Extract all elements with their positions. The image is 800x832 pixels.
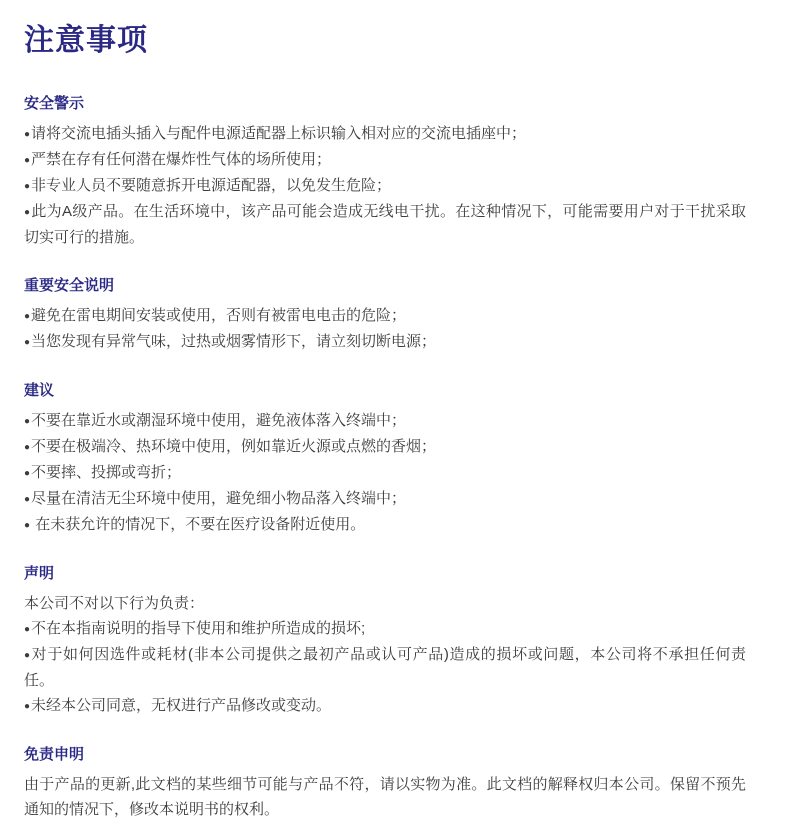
section-items: 由于产品的更新,此文档的某些细节可能与产品不符，请以实物为准。此文档的解释权归本… xyxy=(24,772,746,822)
list-item: ●严禁在存有任何潜在爆炸性气体的场所使用； xyxy=(24,147,746,173)
section: 重要安全说明 ●避免在雷电期间安装或使用，否则有被雷电电击的危险； ●当您发现有… xyxy=(24,276,746,355)
item-text: 避免在雷电期间安装或使用，否则有被雷电电击的危险； xyxy=(31,307,406,324)
list-item: ●不要摔、投掷或弯折； xyxy=(24,460,746,486)
section: 声明 本公司不对以下行为负责： ●不在本指南说明的指导下使用和维护所造成的损坏;… xyxy=(24,564,746,719)
list-item: ●不要在极端冷、热环境中使用，例如靠近火源或点燃的香烟； xyxy=(24,434,746,460)
bullet-icon: ● xyxy=(24,435,30,460)
bullet-icon: ● xyxy=(24,330,30,355)
item-text: 不在本指南说明的指导下使用和维护所造成的损坏; xyxy=(31,620,365,637)
section: 免责申明 由于产品的更新,此文档的某些细节可能与产品不符，请以实物为准。此文档的… xyxy=(24,745,746,822)
list-item: ●避免在雷电期间安装或使用，否则有被雷电电击的危险； xyxy=(24,303,746,329)
list-item: ●非专业人员不要随意拆开电源适配器，以免发生危险； xyxy=(24,173,746,199)
item-text: 非专业人员不要随意拆开电源适配器，以免发生危险； xyxy=(31,177,391,194)
bullet-icon: ● xyxy=(24,643,30,668)
list-item: ●此为A级产品。在生活环境中，该产品可能会造成无线电干扰。在这种情况下，可能需要… xyxy=(24,199,746,250)
list-item: ●未经本公司同意，无权进行产品修改或变动。 xyxy=(24,693,746,719)
list-item: ●当您发现有异常气味，过热或烟雾情形下，请立刻切断电源； xyxy=(24,329,746,355)
item-text: 此为A级产品。在生活环境中，该产品可能会造成无线电干扰。在这种情况下，可能需要用… xyxy=(24,203,746,246)
section-items: ●请将交流电插头插入与配件电源适配器上标识输入相对应的交流电插座中； ●严禁在存… xyxy=(24,121,746,250)
section-items: ●避免在雷电期间安装或使用，否则有被雷电电击的危险； ●当您发现有异常气味，过热… xyxy=(24,303,746,355)
bullet-icon: ● xyxy=(24,513,30,538)
item-text: 严禁在存有任何潜在爆炸性气体的场所使用； xyxy=(31,151,331,168)
item-text: 请将交流电插头插入与配件电源适配器上标识输入相对应的交流电插座中； xyxy=(31,125,526,142)
bullet-icon: ● xyxy=(24,200,30,225)
section: 建议 ●不要在靠近水或潮湿环境中使用，避免液体落入终端中； ●不要在极端冷、热环… xyxy=(24,381,746,538)
list-item: 本公司不对以下行为负责： xyxy=(24,591,746,616)
bullet-icon: ● xyxy=(24,617,30,642)
list-item: ● 在未获允许的情况下，不要在医疗设备附近使用。 xyxy=(24,512,746,538)
bullet-icon: ● xyxy=(24,174,30,199)
section-heading: 安全警示 xyxy=(24,94,746,113)
bullet-icon: ● xyxy=(24,461,30,486)
list-item: ●尽量在清洁无尘环境中使用，避免细小物品落入终端中； xyxy=(24,486,746,512)
bullet-icon: ● xyxy=(24,148,30,173)
list-item: 由于产品的更新,此文档的某些细节可能与产品不符，请以实物为准。此文档的解释权归本… xyxy=(24,772,746,822)
section-heading: 声明 xyxy=(24,564,746,583)
list-item: ●请将交流电插头插入与配件电源适配器上标识输入相对应的交流电插座中； xyxy=(24,121,746,147)
section-heading: 重要安全说明 xyxy=(24,276,746,295)
section: 安全警示 ●请将交流电插头插入与配件电源适配器上标识输入相对应的交流电插座中； … xyxy=(24,94,746,250)
item-text: 本公司不对以下行为负责： xyxy=(24,595,204,612)
item-text: 当您发现有异常气味，过热或烟雾情形下，请立刻切断电源； xyxy=(31,333,436,350)
section-items: 本公司不对以下行为负责： ●不在本指南说明的指导下使用和维护所造成的损坏; ●对… xyxy=(24,591,746,719)
section-items: ●不要在靠近水或潮湿环境中使用，避免液体落入终端中； ●不要在极端冷、热环境中使… xyxy=(24,408,746,538)
list-item: ●不在本指南说明的指导下使用和维护所造成的损坏; xyxy=(24,616,746,642)
item-text: 对于如何因选件或耗材(非本公司提供之最初产品或认可产品)造成的损坏或问题，本公司… xyxy=(24,646,746,689)
bullet-icon: ● xyxy=(24,122,30,147)
item-text: 由于产品的更新,此文档的某些细节可能与产品不符，请以实物为准。此文档的解释权归本… xyxy=(24,776,746,818)
section-heading: 免责申明 xyxy=(24,745,746,764)
item-text: 不要摔、投掷或弯折； xyxy=(31,464,181,481)
item-text: 尽量在清洁无尘环境中使用，避免细小物品落入终端中； xyxy=(31,490,406,507)
list-item: ●不要在靠近水或潮湿环境中使用，避免液体落入终端中； xyxy=(24,408,746,434)
precautions-document: 注意事项 安全警示 ●请将交流电插头插入与配件电源适配器上标识输入相对应的交流电… xyxy=(0,0,800,832)
item-text: 不要在靠近水或潮湿环境中使用，避免液体落入终端中； xyxy=(31,412,406,429)
bullet-icon: ● xyxy=(24,694,30,719)
bullet-icon: ● xyxy=(24,304,30,329)
bullet-icon: ● xyxy=(24,487,30,512)
sections-container: 安全警示 ●请将交流电插头插入与配件电源适配器上标识输入相对应的交流电插座中； … xyxy=(24,94,764,822)
item-text: 未经本公司同意，无权进行产品修改或变动。 xyxy=(31,697,331,714)
bullet-icon: ● xyxy=(24,409,30,434)
list-item: ●对于如何因选件或耗材(非本公司提供之最初产品或认可产品)造成的损坏或问题，本公… xyxy=(24,642,746,693)
section-heading: 建议 xyxy=(24,381,746,400)
item-text: 在未获允许的情况下，不要在医疗设备附近使用。 xyxy=(31,516,365,533)
item-text: 不要在极端冷、热环境中使用，例如靠近火源或点燃的香烟； xyxy=(31,438,436,455)
page-title: 注意事项 xyxy=(24,24,764,58)
